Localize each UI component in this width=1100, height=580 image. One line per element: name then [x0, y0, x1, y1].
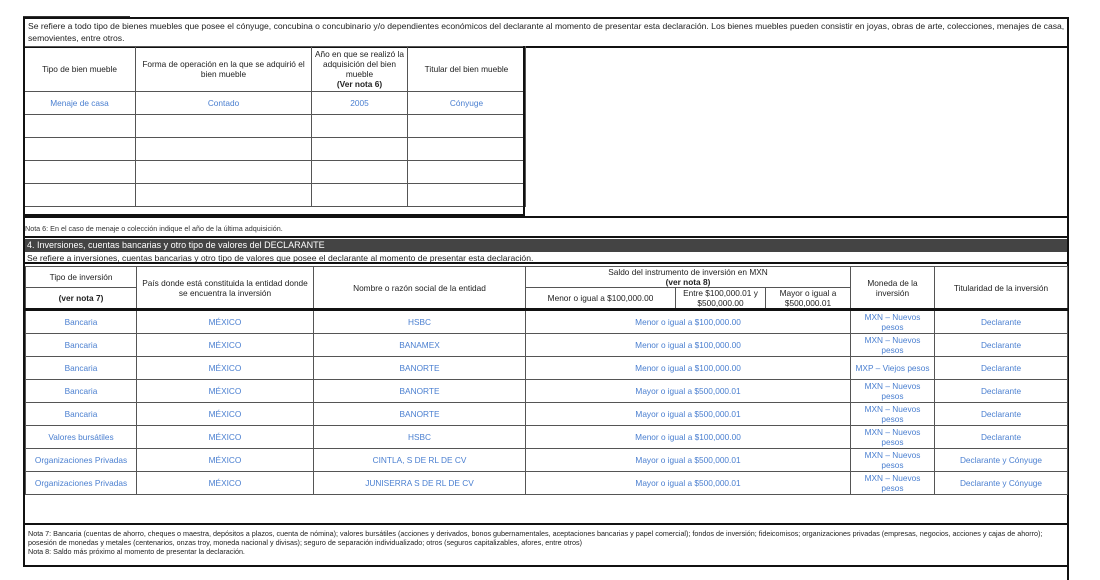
header-saldo: Saldo del instrumento de inversión en MX… [526, 267, 851, 288]
cell-pais: MÉXICO [137, 472, 314, 495]
cell-forma [136, 138, 312, 161]
cell-pais: MÉXICO [137, 357, 314, 380]
cell-anio [312, 138, 408, 161]
table-row [24, 184, 526, 207]
header-anio-adquisicion: Año en que se realizó la adquisición del… [312, 47, 408, 92]
header-nombre-entidad: Nombre o razón social de la entidad [314, 267, 526, 310]
cell-titularidad: Declarante [935, 426, 1068, 449]
cell-titularidad: Declarante [935, 357, 1068, 380]
cell-nombre: JUNISERRA S DE RL DE CV [314, 472, 526, 495]
inversiones-table: Tipo de inversión País donde está consti… [25, 266, 1068, 495]
cell-pais: MÉXICO [137, 334, 314, 357]
cell-titular [408, 184, 526, 207]
table-row: Valores bursátilesMÉXICOHSBCMenor o igua… [26, 426, 1068, 449]
header-saldo-label: Saldo del instrumento de inversión en MX… [608, 267, 768, 277]
cell-titularidad: Declarante [935, 380, 1068, 403]
nota-7: Nota 7: Bancaria (cuentas de ahorro, che… [28, 529, 1064, 547]
cell-anio: 2005 [312, 92, 408, 115]
cell-nombre: HSBC [314, 310, 526, 334]
section-4-title: 4. Inversiones, cuentas bancarias y otro… [25, 239, 1067, 252]
cell-tipo [24, 161, 136, 184]
cell-moneda: MXN – Nuevos pesos [851, 426, 935, 449]
inversiones-header-row-1: Tipo de inversión País donde está consti… [26, 267, 1068, 288]
cell-anio [312, 161, 408, 184]
table-row: Organizaciones PrivadasMÉXICOJUNISERRA S… [26, 472, 1068, 495]
bienes-muebles-section: Se refiere a todo tipo de bienes muebles… [23, 17, 1069, 48]
cell-saldo: Mayor o igual a $500,000.01 [526, 380, 851, 403]
cell-titularidad: Declarante [935, 310, 1068, 334]
table-row [24, 161, 526, 184]
cell-pais: MÉXICO [137, 449, 314, 472]
header-saldo-nota: (ver nota 8) [666, 277, 711, 287]
cell-saldo: Menor o igual a $100,000.00 [526, 310, 851, 334]
table-row: Menaje de casaContado2005Cónyuge [24, 92, 526, 115]
cell-pais: MÉXICO [137, 426, 314, 449]
cell-nombre: BANORTE [314, 380, 526, 403]
cell-forma: Contado [136, 92, 312, 115]
header-tipo-nota: (ver nota 7) [26, 288, 137, 310]
header-pais: País donde está constituida la entidad d… [137, 267, 314, 310]
cell-moneda: MXN – Nuevos pesos [851, 449, 935, 472]
cell-tipo [24, 184, 136, 207]
section-4-intro: Se refiere a inversiones, cuentas bancar… [25, 252, 1067, 264]
notas-7-8: Nota 7: Bancaria (cuentas de ahorro, che… [25, 523, 1067, 567]
cell-tipo: Bancaria [26, 403, 137, 426]
cell-nombre: CINTLA, S DE RL DE CV [314, 449, 526, 472]
cell-tipo: Bancaria [26, 380, 137, 403]
header-titularidad: Titularidad de la inversión [935, 267, 1068, 310]
bienes-muebles-table: Tipo de bien mueble Forma de operación e… [23, 46, 526, 207]
cell-tipo [24, 138, 136, 161]
cell-tipo: Menaje de casa [24, 92, 136, 115]
nota-6: Nota 6: En el caso de menaje o colección… [25, 224, 283, 233]
cell-forma [136, 115, 312, 138]
cell-titular [408, 138, 526, 161]
cell-tipo [24, 115, 136, 138]
cell-titular [408, 161, 526, 184]
cell-titularidad: Declarante [935, 334, 1068, 357]
table-row: Organizaciones PrivadasMÉXICOCINTLA, S D… [26, 449, 1068, 472]
cell-moneda: MXN – Nuevos pesos [851, 310, 935, 334]
cell-titularidad: Declarante [935, 403, 1068, 426]
cell-forma [136, 184, 312, 207]
table-row [24, 115, 526, 138]
cell-tipo: Organizaciones Privadas [26, 449, 137, 472]
divider [23, 216, 1069, 218]
bienes-muebles-header-row: Tipo de bien mueble Forma de operación e… [24, 47, 526, 92]
cell-saldo: Menor o igual a $100,000.00 [526, 334, 851, 357]
cell-saldo: Menor o igual a $100,000.00 [526, 357, 851, 380]
cell-anio [312, 184, 408, 207]
cell-moneda: MXN – Nuevos pesos [851, 334, 935, 357]
cell-tipo: Valores bursátiles [26, 426, 137, 449]
table-row: BancariaMÉXICOBANAMEXMenor o igual a $10… [26, 334, 1068, 357]
cell-titularidad: Declarante y Cónyuge [935, 449, 1068, 472]
cell-saldo: Mayor o igual a $500,000.01 [526, 449, 851, 472]
cell-moneda: MXN – Nuevos pesos [851, 380, 935, 403]
cell-nombre: BANORTE [314, 357, 526, 380]
nota-8: Nota 8: Saldo más próximo al momento de … [28, 547, 1064, 556]
divider [23, 236, 1069, 238]
cell-saldo: Mayor o igual a $500,000.01 [526, 472, 851, 495]
cell-tipo: Bancaria [26, 357, 137, 380]
cell-saldo: Menor o igual a $100,000.00 [526, 426, 851, 449]
cell-pais: MÉXICO [137, 403, 314, 426]
table-row [24, 138, 526, 161]
header-anio-nota: (Ver nota 6) [337, 79, 382, 89]
header-saldo-menor: Menor o igual a $100,000.00 [526, 288, 676, 310]
cell-anio [312, 115, 408, 138]
header-tipo-nota-text: (ver nota 7) [59, 293, 104, 303]
cell-titular [408, 115, 526, 138]
header-titular: Titular del bien mueble [408, 47, 526, 92]
header-forma-operacion: Forma de operación en la que se adquirió… [136, 47, 312, 92]
cell-tipo: Bancaria [26, 310, 137, 334]
cell-titular: Cónyuge [408, 92, 526, 115]
header-saldo-entre: Entre $100,000.01 y $500,000.00 [676, 288, 766, 310]
cell-moneda: MXN – Nuevos pesos [851, 403, 935, 426]
header-saldo-mayor: Mayor o igual a $500,000.01 [766, 288, 851, 310]
header-tipo-inversion: Tipo de inversión [26, 267, 137, 288]
table-row: BancariaMÉXICOBANORTEMenor o igual a $10… [26, 357, 1068, 380]
cell-titularidad: Declarante y Cónyuge [935, 472, 1068, 495]
cell-pais: MÉXICO [137, 310, 314, 334]
cell-tipo: Bancaria [26, 334, 137, 357]
cell-nombre: BANORTE [314, 403, 526, 426]
table-row: BancariaMÉXICOBANORTEMayor o igual a $50… [26, 403, 1068, 426]
cell-tipo: Organizaciones Privadas [26, 472, 137, 495]
table-row: BancariaMÉXICOBANORTEMayor o igual a $50… [26, 380, 1068, 403]
cell-nombre: HSBC [314, 426, 526, 449]
cell-pais: MÉXICO [137, 380, 314, 403]
bienes-muebles-intro: Se refiere a todo tipo de bienes muebles… [25, 19, 1067, 48]
header-anio-label: Año en que se realizó la adquisición del… [315, 49, 404, 79]
header-tipo-bien: Tipo de bien mueble [24, 47, 136, 92]
cell-moneda: MXP – Viejos pesos [851, 357, 935, 380]
header-moneda: Moneda de la inversión [851, 267, 935, 310]
table-row: BancariaMÉXICOHSBCMenor o igual a $100,0… [26, 310, 1068, 334]
cell-nombre: BANAMEX [314, 334, 526, 357]
cell-forma [136, 161, 312, 184]
cell-saldo: Mayor o igual a $500,000.01 [526, 403, 851, 426]
cell-moneda: MXN – Nuevos pesos [851, 472, 935, 495]
